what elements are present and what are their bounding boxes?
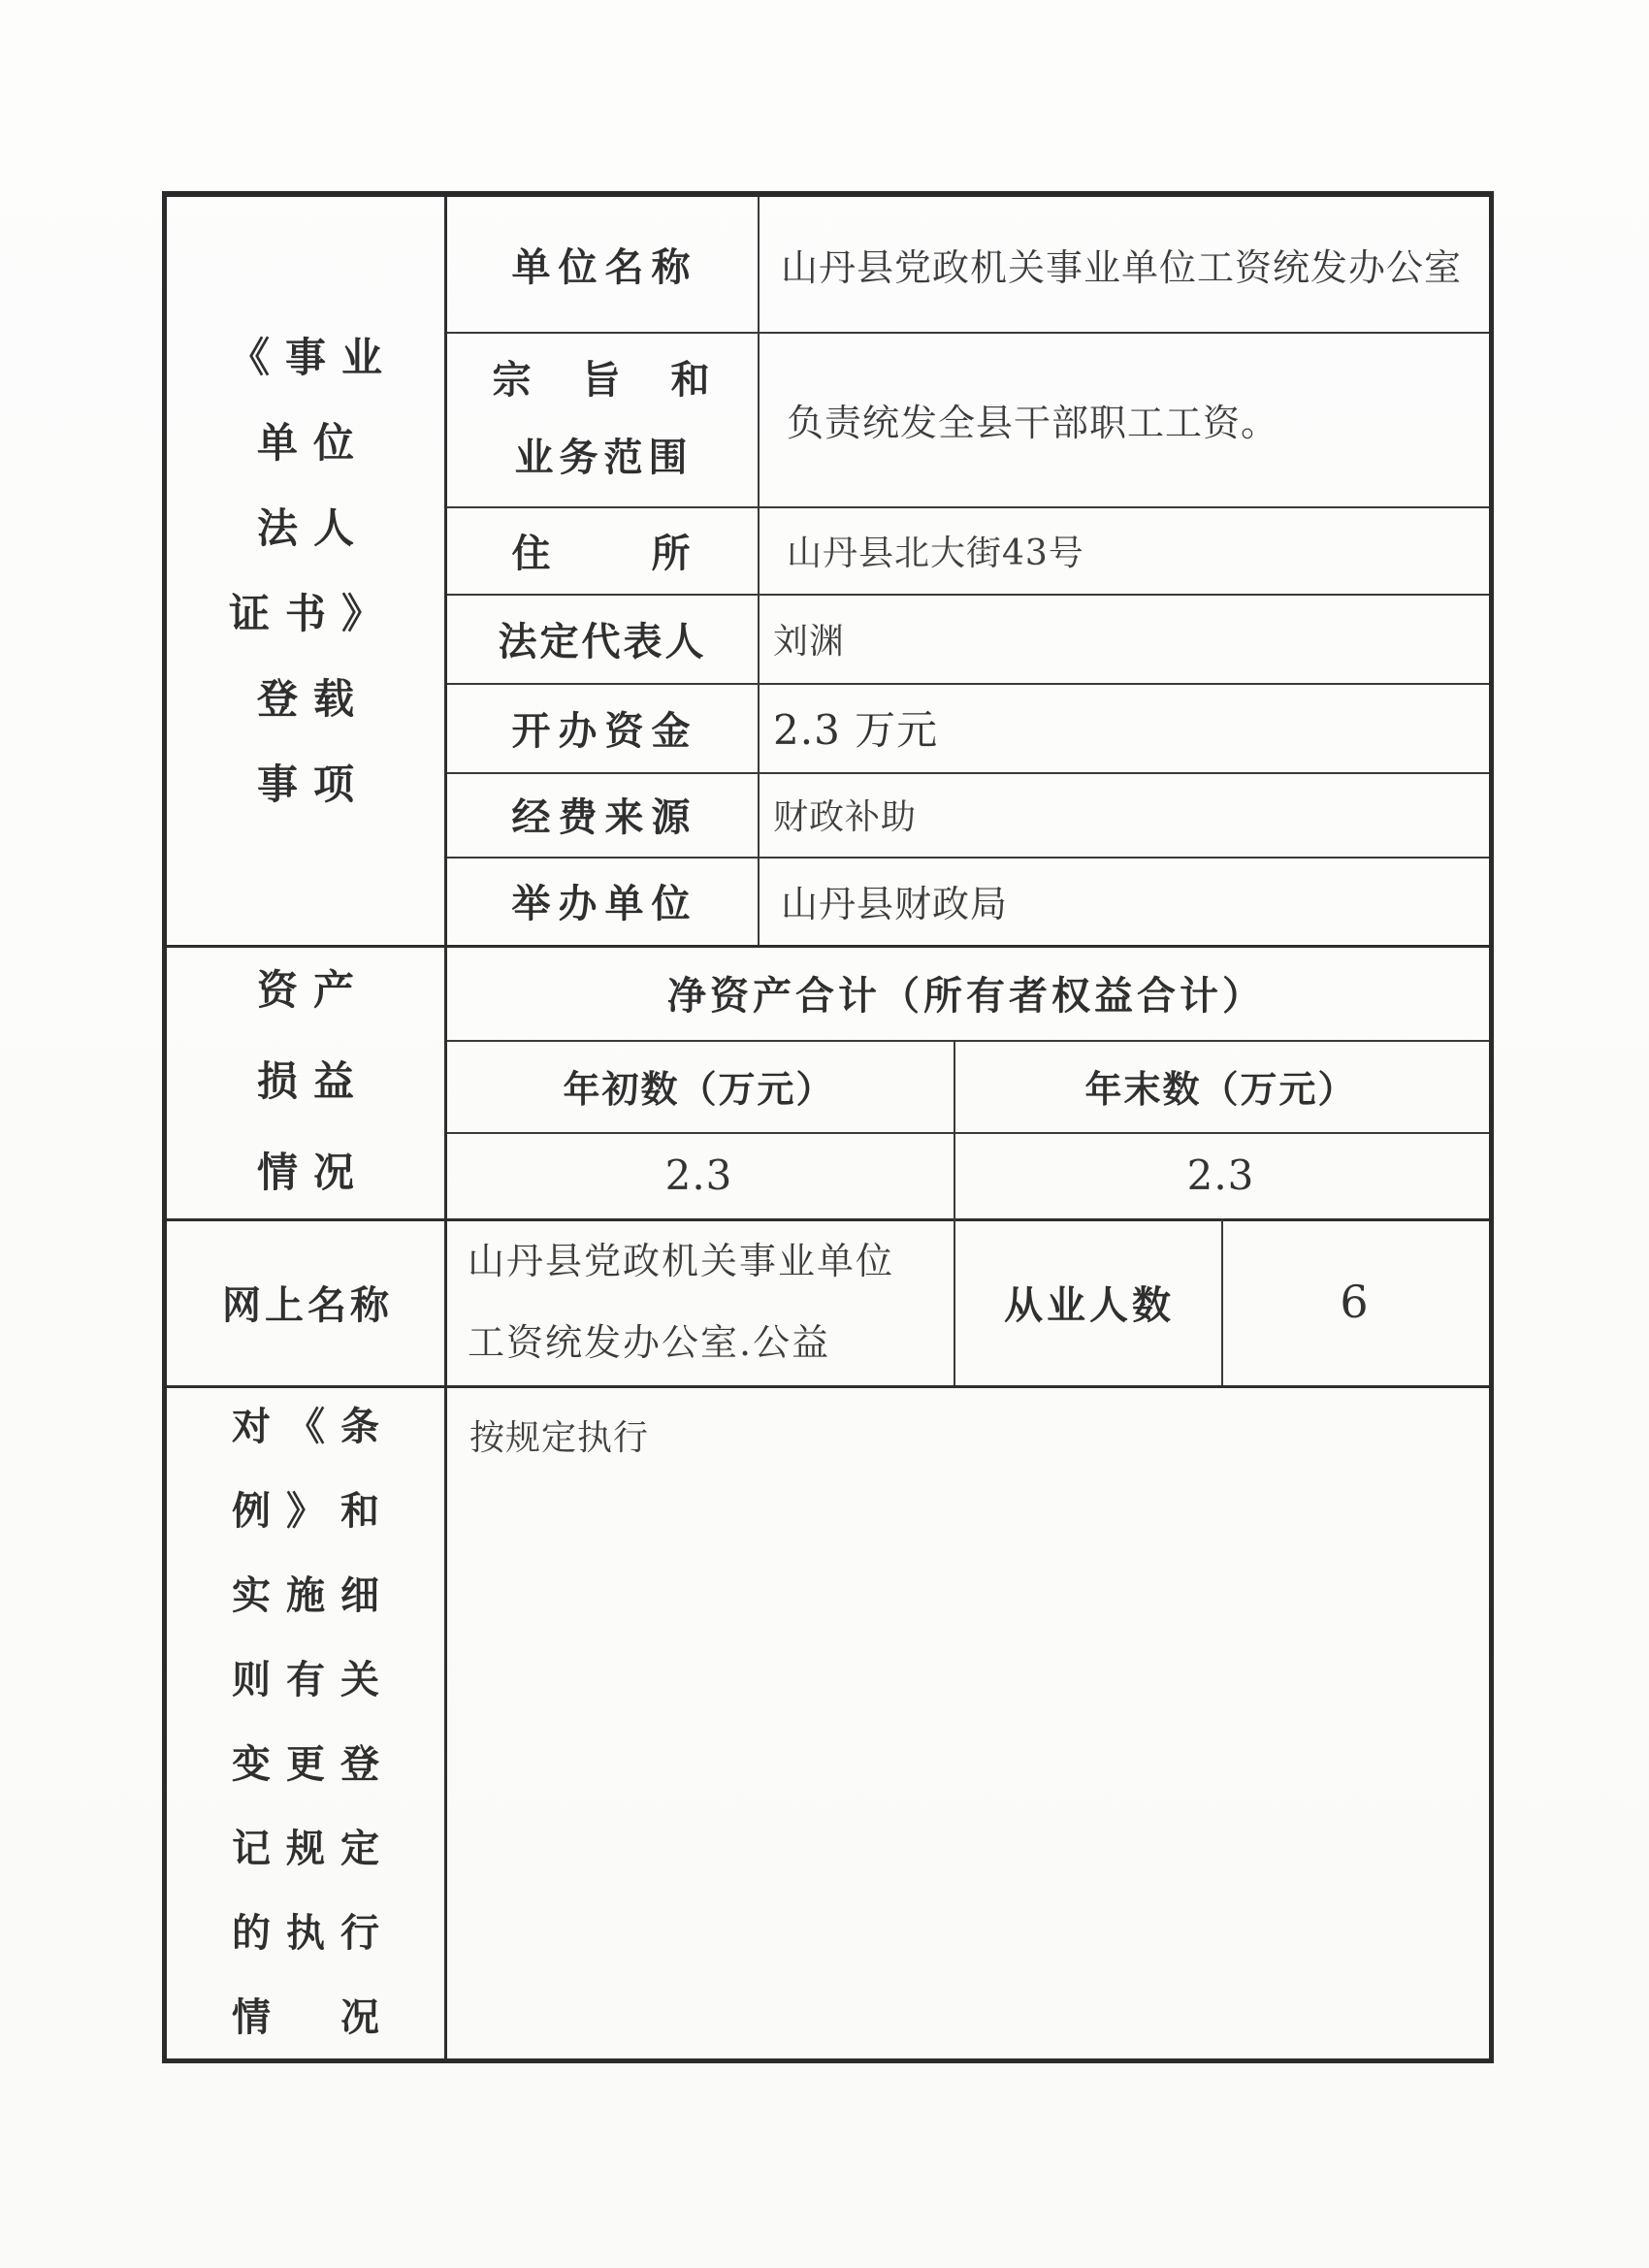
staff-count-label: 从业人数 bbox=[1000, 1275, 1175, 1330]
compliance-value-cell: 按规定执行 bbox=[444, 1385, 1488, 2058]
compliance-value: 按规定执行 bbox=[469, 1410, 649, 1460]
net-assets-header: 净资产合计（所有者权益合计） bbox=[667, 965, 1265, 1021]
certificate-section-title: 《事业 单位 法人 证书》 登载 事项 bbox=[167, 197, 444, 945]
staff-count-label-cell: 从业人数 bbox=[954, 1218, 1221, 1385]
unit-name-value: 山丹县党政机关事业单位工资统发办公室 bbox=[781, 238, 1462, 291]
capital-label-cell: 开办资金 bbox=[444, 683, 758, 772]
compliance-label-line: 记规定 bbox=[216, 1806, 395, 1891]
year-begin-value-cell: 2.3 bbox=[444, 1132, 954, 1218]
staff-count-value: 6 bbox=[1340, 1276, 1369, 1328]
mission-value-cell: 负责统发全县干部职工工资。 bbox=[758, 332, 1488, 506]
address-label: 住 所 bbox=[504, 523, 698, 578]
compliance-label-cell: 对《条 例》和 实施细 则有关 变更登 记规定 的执行 情 况 bbox=[167, 1385, 444, 2058]
unit-name-value-cell: 山丹县党政机关事业单位工资统发办公室 bbox=[758, 197, 1488, 332]
unit-name-label-cell: 单位名称 bbox=[444, 197, 758, 332]
capital-value: 2.3 万元 bbox=[773, 698, 938, 757]
scanned-page-background: 《事业 单位 法人 证书》 登载 事项 单位名称 山丹县党政机关事业单位工资统发… bbox=[0, 0, 1649, 2268]
address-value-cell: 山丹县北大街43号 bbox=[758, 506, 1488, 594]
organizer-value-cell: 山丹县财政局 bbox=[758, 857, 1488, 945]
funding-value: 财政补助 bbox=[773, 790, 917, 839]
certificate-title-line: 单位 bbox=[242, 401, 370, 486]
compliance-label-line: 对《条 bbox=[216, 1384, 395, 1469]
net-assets-header-cell: 净资产合计（所有者权益合计） bbox=[444, 945, 1488, 1040]
funding-label-cell: 经费来源 bbox=[444, 772, 758, 857]
online-name-label: 网上名称 bbox=[218, 1275, 393, 1330]
assets-section-title: 资产 损益 情况 bbox=[167, 945, 444, 1218]
legal-rep-value-cell: 刘渊 bbox=[758, 594, 1488, 683]
mission-label-line: 业务范围 bbox=[509, 419, 694, 497]
funding-value-cell: 财政补助 bbox=[758, 772, 1488, 857]
year-begin-header: 年初数（万元） bbox=[563, 1059, 834, 1113]
staff-count-value-cell: 6 bbox=[1221, 1218, 1488, 1385]
certificate-title-line: 证书》 bbox=[213, 571, 398, 657]
assets-title-line: 资产 bbox=[242, 945, 370, 1036]
year-end-header-cell: 年末数（万元） bbox=[954, 1040, 1488, 1132]
compliance-label-line: 情 况 bbox=[216, 1975, 395, 2059]
organizer-label: 举办单位 bbox=[504, 873, 698, 928]
mission-label-line: 宗 旨 和 bbox=[487, 341, 716, 419]
year-end-value-cell: 2.3 bbox=[954, 1132, 1488, 1218]
capital-value-cell: 2.3 万元 bbox=[758, 683, 1488, 772]
address-value: 山丹县北大街43号 bbox=[787, 526, 1084, 575]
mission-label-cell: 宗 旨 和 业务范围 bbox=[444, 332, 758, 506]
online-name-value-line: 山丹县党政机关事业单位 bbox=[468, 1220, 894, 1302]
legal-rep-label-cell: 法定代表人 bbox=[444, 594, 758, 683]
capital-label: 开办资金 bbox=[504, 700, 698, 756]
certificate-title-line: 法人 bbox=[242, 486, 370, 571]
legal-rep-value: 刘渊 bbox=[773, 614, 845, 664]
year-end-value: 2.3 bbox=[1187, 1151, 1255, 1199]
compliance-label-line: 的执行 bbox=[216, 1891, 395, 1975]
compliance-label-line: 变更登 bbox=[216, 1722, 395, 1806]
compliance-label-line: 实施细 bbox=[216, 1553, 395, 1637]
compliance-label-line: 例》和 bbox=[216, 1469, 395, 1553]
unit-name-label: 单位名称 bbox=[504, 237, 698, 292]
mission-value: 负责统发全县干部职工工资。 bbox=[787, 393, 1278, 446]
online-name-label-cell: 网上名称 bbox=[167, 1218, 444, 1385]
assets-title-line: 损益 bbox=[242, 1036, 370, 1127]
organizer-label-cell: 举办单位 bbox=[444, 857, 758, 945]
certificate-title-line: 事项 bbox=[242, 742, 370, 827]
online-name-value-line: 工资统发办公室.公益 bbox=[468, 1302, 894, 1383]
funding-label: 经费来源 bbox=[504, 787, 698, 842]
legal-rep-label: 法定代表人 bbox=[496, 611, 707, 666]
address-label-cell: 住 所 bbox=[444, 506, 758, 594]
organizer-value: 山丹县财政局 bbox=[781, 874, 1008, 927]
year-begin-value: 2.3 bbox=[665, 1151, 733, 1199]
assets-title-line: 情况 bbox=[242, 1127, 370, 1218]
year-end-header: 年末数（万元） bbox=[1084, 1059, 1356, 1113]
certificate-title-line: 《事业 bbox=[213, 315, 398, 401]
compliance-label-line: 则有关 bbox=[216, 1637, 395, 1722]
registration-table: 《事业 单位 法人 证书》 登载 事项 单位名称 山丹县党政机关事业单位工资统发… bbox=[162, 191, 1494, 2063]
online-name-value-cell: 山丹县党政机关事业单位 工资统发办公室.公益 bbox=[444, 1218, 954, 1385]
year-begin-header-cell: 年初数（万元） bbox=[444, 1040, 954, 1132]
certificate-title-line: 登载 bbox=[242, 657, 370, 742]
